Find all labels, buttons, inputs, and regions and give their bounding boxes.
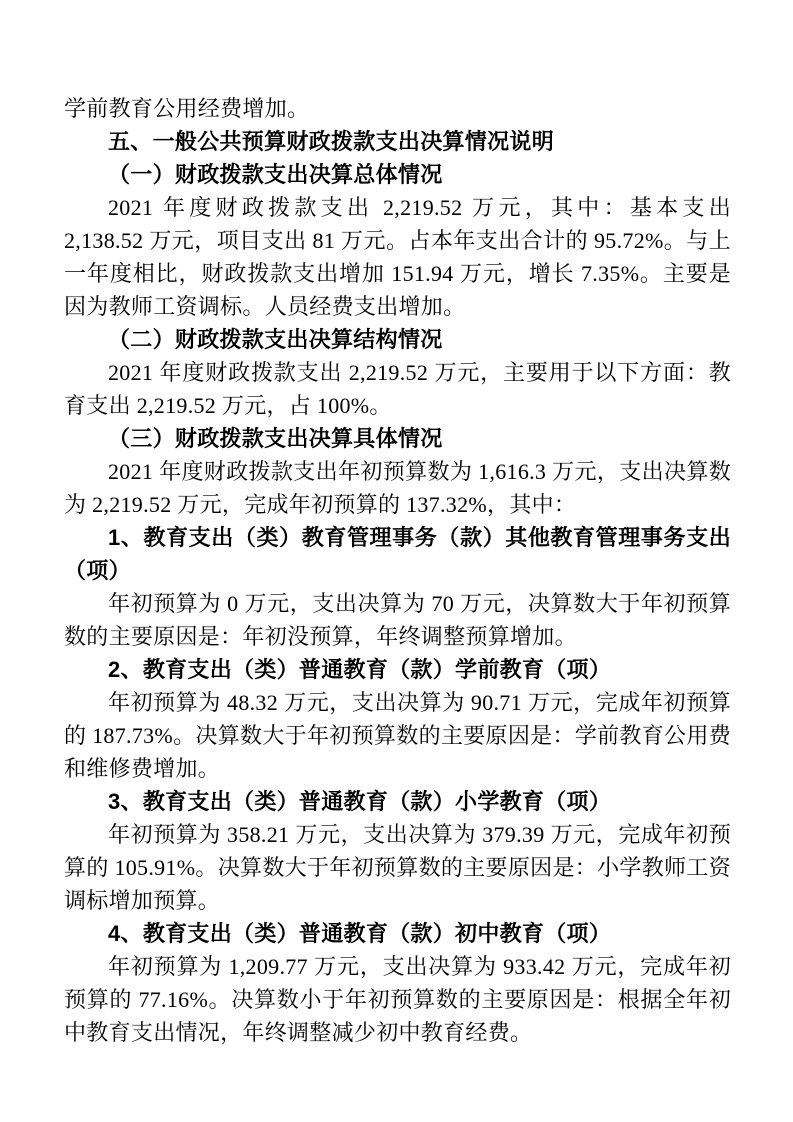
- subsection-heading-2: （二）财政拨款支出决算结构情况: [64, 323, 731, 356]
- paragraph-item-3: 年初预算为 358.21 万元，支出决算为 379.39 万元，完成年初预算的 …: [64, 818, 731, 917]
- document-body: 学前教育公用经费增加。 五、一般公共预算财政拨款支出决算情况说明 （一）财政拨款…: [64, 92, 731, 1049]
- subsection-heading-3: （三）财政拨款支出决算具体情况: [64, 422, 731, 455]
- item-heading-3: 3、教育支出（类）普通教育（款）小学教育（项）: [64, 785, 731, 818]
- paragraph-overall-situation: 2021 年度财政拨款支出 2,219.52 万元，其中：基本支出 2,138.…: [64, 191, 731, 323]
- document-page: 学前教育公用经费增加。 五、一般公共预算财政拨款支出决算情况说明 （一）财政拨款…: [0, 0, 793, 1122]
- item-heading-4: 4、教育支出（类）普通教育（款）初中教育（项）: [64, 917, 731, 950]
- subsection-heading-1: （一）财政拨款支出决算总体情况: [64, 158, 731, 191]
- section-heading-level1: 五、一般公共预算财政拨款支出决算情况说明: [64, 125, 731, 158]
- paragraph-structure-situation: 2021 年度财政拨款支出 2,219.52 万元，主要用于以下方面：教育支出 …: [64, 356, 731, 422]
- paragraph-continuation: 学前教育公用经费增加。: [64, 92, 731, 125]
- paragraph-item-2: 年初预算为 48.32 万元，支出决算为 90.71 万元，完成年初预算的 18…: [64, 686, 731, 785]
- paragraph-specific-situation: 2021 年度财政拨款支出年初预算数为 1,616.3 万元，支出决算数为 2,…: [64, 455, 731, 521]
- item-heading-1: 1、教育支出（类）教育管理事务（款）其他教育管理事务支出（项）: [64, 521, 731, 587]
- item-heading-2: 2、教育支出（类）普通教育（款）学前教育（项）: [64, 653, 731, 686]
- paragraph-item-4: 年初预算为 1,209.77 万元，支出决算为 933.42 万元，完成年初预算…: [64, 950, 731, 1049]
- paragraph-item-1: 年初预算为 0 万元，支出决算为 70 万元，决算数大于年初预算数的主要原因是：…: [64, 587, 731, 653]
